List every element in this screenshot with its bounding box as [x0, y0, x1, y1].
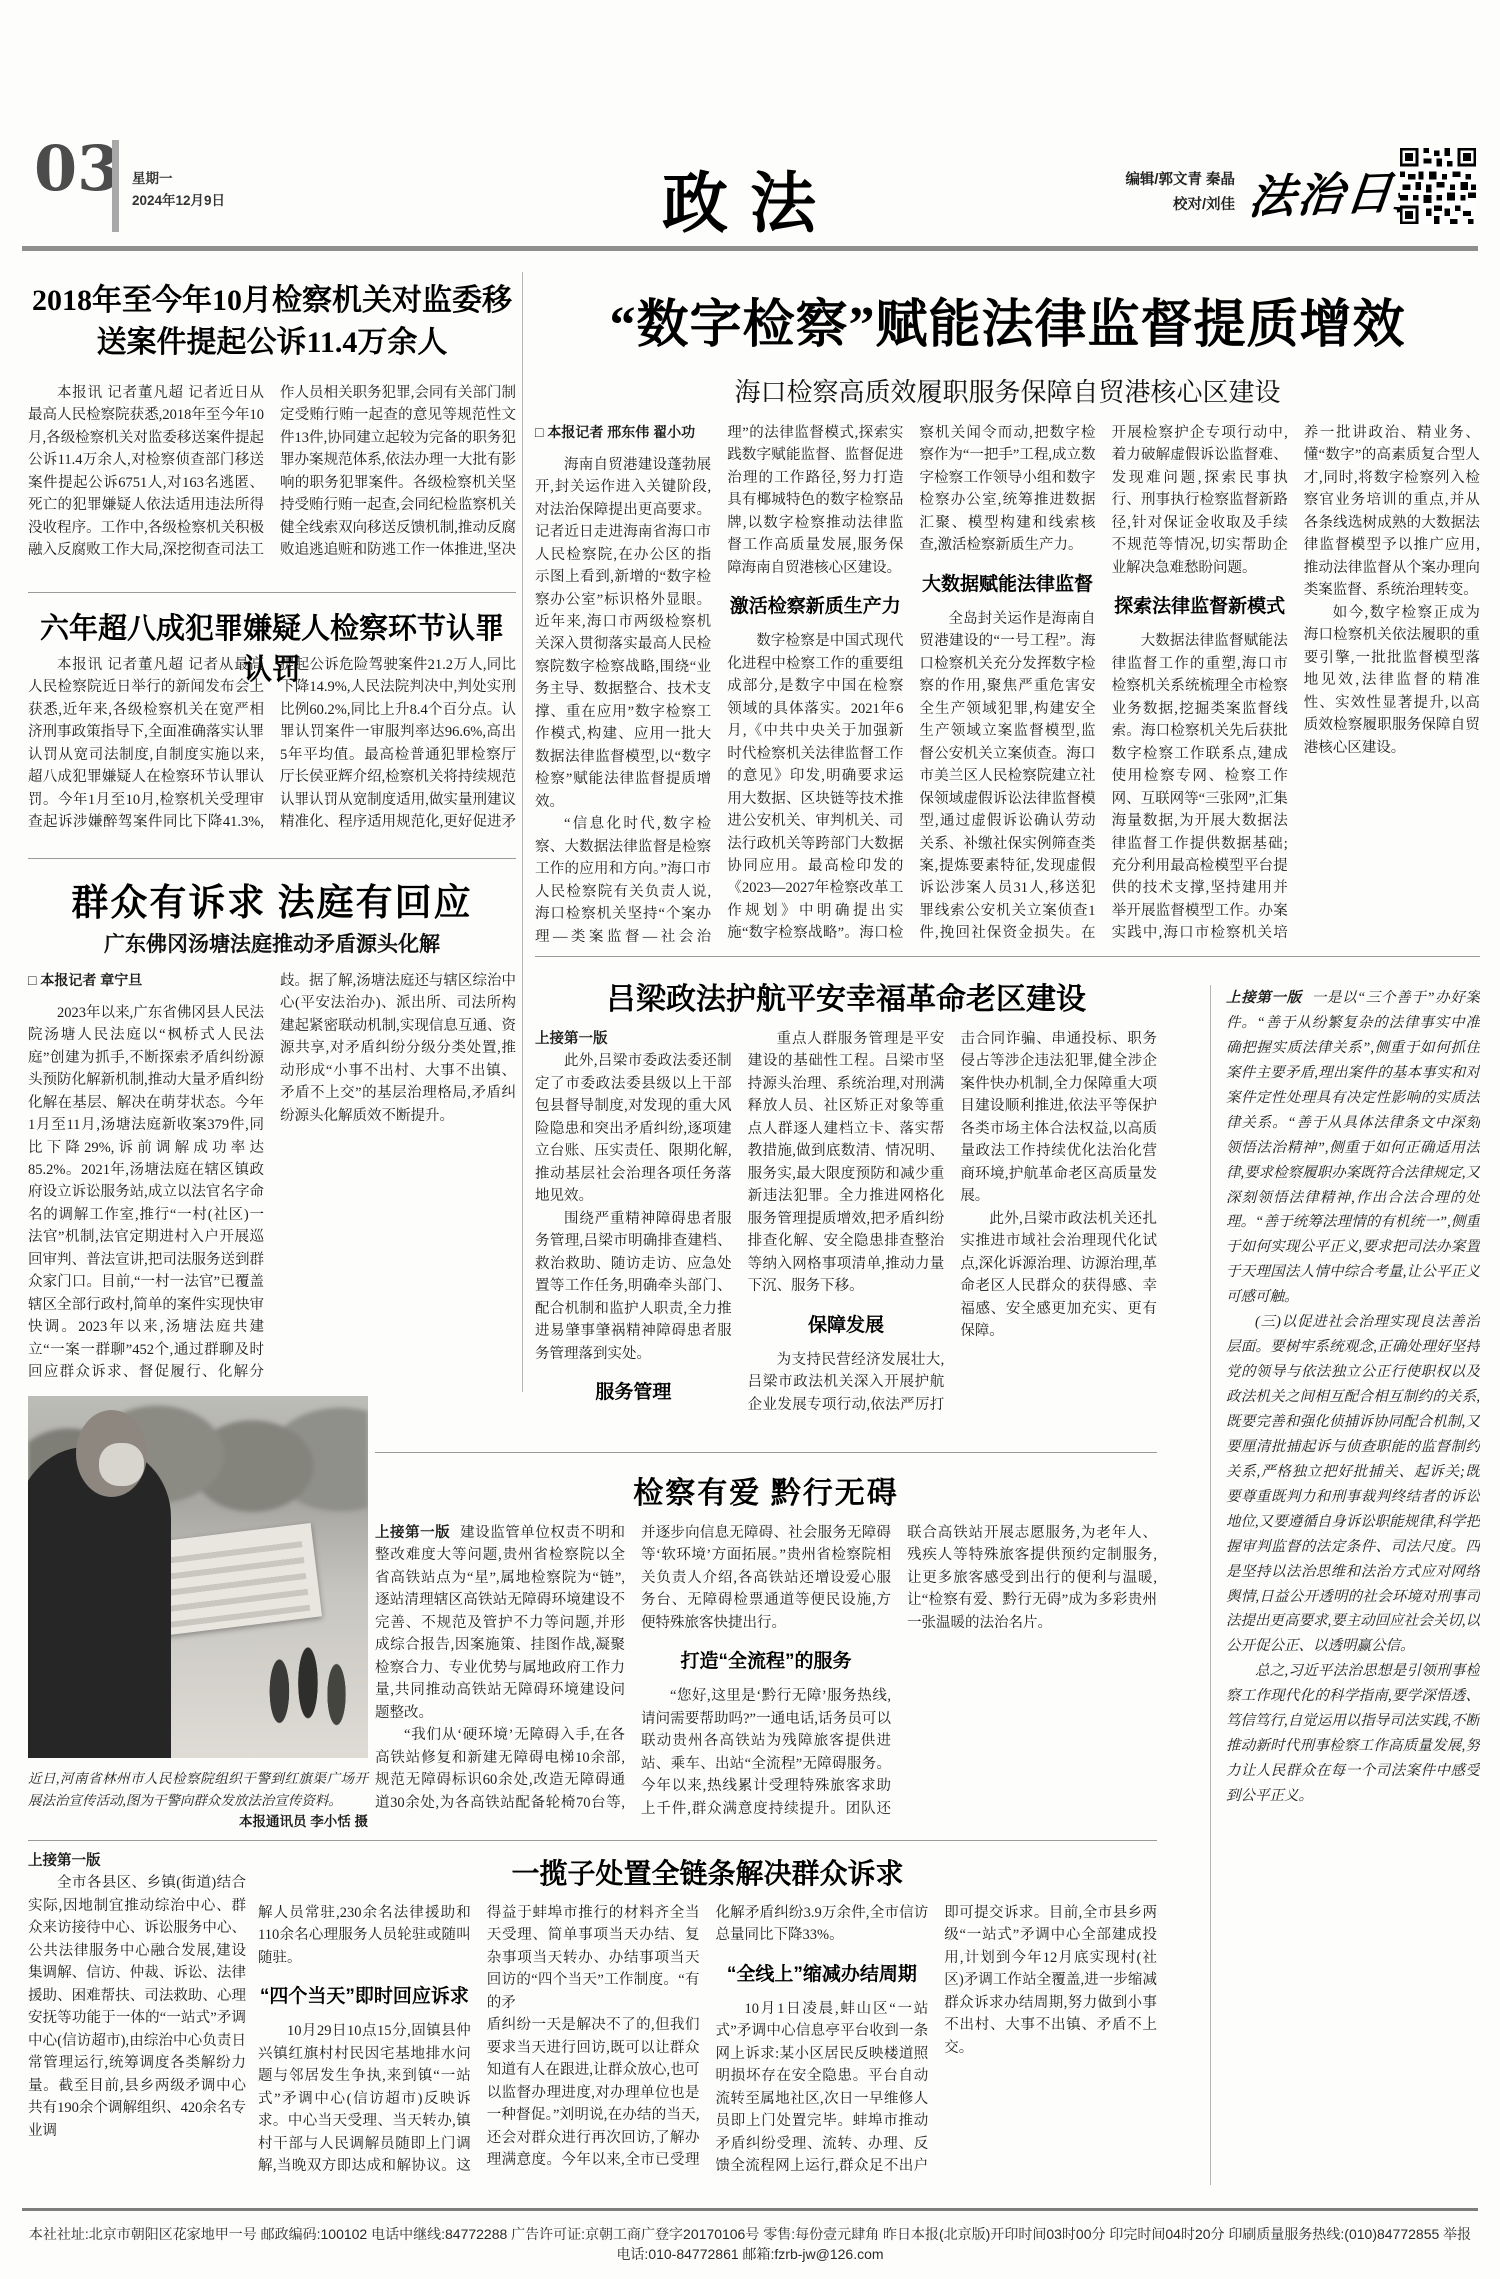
body-text: 此外,吕梁市政法机关还扎实推进市域社会治理现代化试点,深化诉源治理、访源治理,革…: [960, 1208, 1157, 1343]
newspaper-page: 03 星期一 2024年12月9日 政法 编辑/郭文青 秦晶 校对/刘佳 法治日…: [0, 0, 1500, 2279]
subhead-all-online: “全线上”缩减办结周期: [716, 1959, 929, 1986]
photo-caption: 近日,河南省林州市人民检察院组织干警到红旗渠广场开展法治宣传活动,图为干警向群众…: [28, 1768, 368, 1833]
continued-from-page1-marker: 上接第一版: [535, 1031, 608, 1047]
body-text: 如今,数字检察正成为海口检察机关依法履职的重要引擎,一批批监督模型落地见效,法律…: [1304, 602, 1480, 759]
article-onestop-body: 解人员常驻,230余名法律援助和110余名心理服务人员轮驻或随叫随驻。 “四个当…: [258, 1902, 1157, 2186]
photo-credit: 本报通讯员 李小恬 摄: [239, 1811, 368, 1833]
editor-info: 编辑/郭文青 秦晶 校对/刘佳: [1020, 168, 1235, 217]
page-number: 03: [34, 138, 120, 200]
article-digital-headline: “数字检察”赋能法律监督提质增效: [535, 282, 1480, 357]
article-lvliang-headline: 吕梁政法护航平安幸福革命老区建设: [535, 974, 1157, 1018]
photo-face-mask: [99, 1443, 143, 1486]
footer-imprint: 本社社址:北京市朝阳区花家地甲一号 邮政编码:100102 电话中继线:8477…: [22, 2224, 1478, 2264]
article-qianxing-body: 上接第一版建设监管单位权责不明和整改难度大等问题,贵州省检察院以全省高铁站点为“…: [375, 1522, 1157, 1832]
body-text: 围绕严重精神障碍患者服务管理,吕梁市明确排查建档、救治救助、随访走访、应急处置等…: [535, 1208, 732, 1365]
column-divider-left: [522, 272, 523, 1392]
column-divider-right: [1210, 985, 1211, 2185]
article-lvliang-body: 上接第一版 此外,吕梁市委政法委还制定了市委政法委县级以上干部包县督导制度,对发…: [535, 1028, 1157, 1438]
section-title: 政法: [560, 150, 940, 245]
proofreader-line: 校对/刘佳: [1020, 193, 1235, 218]
body-text: 建设监管单位权责不明和整改难度大等问题,贵州省检察院以全省高铁站点为“星”,属地…: [375, 1525, 625, 1721]
section-rule: [28, 592, 516, 593]
section-rule: [28, 1840, 1157, 1841]
article-continuation-column: 上接第一版一是以“三个善于”办好案件。“善于从纷繁复杂的法律事实中准确把握实质法…: [1226, 986, 1480, 2186]
article-court-byline: □ 本报记者 章宁旦: [28, 970, 264, 992]
article-court-subtitle: 广东佛冈汤塘法庭推动矛盾源头化解: [28, 928, 516, 958]
editor-line: 编辑/郭文青 秦晶: [1020, 168, 1235, 193]
article-court-headline: 群众有诉求 法庭有回应: [28, 872, 516, 926]
continued-lead: 上接第一版建设监管单位权责不明和整改难度大等问题,贵州省检察院以全省高铁站点为“…: [375, 1522, 625, 1724]
section-rule: [28, 858, 516, 859]
article-prosecution-body: 本报讯 记者董凡超 记者近日从最高人民检察院获悉,2018年至今年10月,各级检…: [28, 382, 516, 582]
body-text: 总之,习近平法治思想是引领刑事检察工作现代化的科学指南,要学深悟透、笃信笃行,自…: [1226, 1659, 1480, 1809]
photo-crowd: [259, 1591, 361, 1758]
subhead-safeguard-development: 保障发展: [748, 1310, 945, 1337]
subhead-bigdata-supervision: 大数据赋能法律监督: [919, 569, 1095, 596]
section-rule: [535, 956, 1480, 957]
body-text: 2023年以来,广东省佛冈县人民法院汤塘人民法庭以“枫桥式人民法庭”创建为抓手,…: [28, 970, 516, 1388]
body-text: 本报讯 记者董凡超 记者近日从最高人民检察院获悉,2018年至今年10月,各级检…: [28, 382, 516, 582]
subhead-service-management: 服务管理: [535, 1377, 732, 1404]
date-label: 2024年12月9日: [132, 190, 225, 212]
qr-code-icon: [1400, 148, 1476, 224]
continued-from-page1-marker: 上接第一版: [1226, 990, 1302, 1006]
article-onestop-left-column: 上接第一版 全市各县区、乡镇(街道)结合实际,因地制宜推动综治中心、群众来访接待…: [28, 1850, 246, 2186]
article-onestop-headline: 一揽子处置全链条解决群众诉求: [258, 1852, 1157, 1892]
section-rule: [375, 1452, 1157, 1453]
body-text: 海南自贸港建设蓬勃展开,封关运作进入关键阶段,对法治保障提出更高要求。记者近日走…: [535, 454, 711, 814]
article-qianxing-headline: 检察有爱 黔行无碍: [375, 1468, 1157, 1512]
article-prosecution-headline: 2018年至今年10月检察机关对监委移送案件提起公诉11.4万余人: [28, 280, 516, 364]
article-digital-subtitle: 海口检察高质效履职服务保障自贸港核心区建设: [535, 372, 1480, 409]
subhead-new-productivity: 激活检察新质生产力: [727, 591, 903, 618]
continued-lead: 上接第一版一是以“三个善于”办好案件。“善于从纷繁复杂的法律事实中准确把握实质法…: [1226, 986, 1480, 1310]
body-text: 重点人群服务管理是平安建设的基础性工程。吕梁市坚持源头治理、系统治理,对刑满释放…: [748, 1028, 945, 1298]
body-text: 此外,吕梁市委政法委还制定了市委政法委县级以上干部包县督导制度,对发现的重大风险…: [535, 1050, 732, 1207]
article-digital-body: □ 本报记者 邢东伟 翟小功 海南自贸港建设蓬勃展开,封关运作进入关键阶段,对法…: [535, 422, 1480, 948]
footer-rule: [22, 2208, 1478, 2211]
continued-lead: 上接第一版: [535, 1028, 732, 1050]
date-block: 星期一 2024年12月9日: [132, 168, 225, 211]
subhead-new-model: 探索法律监督新模式: [1112, 591, 1288, 618]
body-text: 一是以“三个善于”办好案件。“善于从纷繁复杂的法律事实中准确把握实质法律关系”,…: [1226, 990, 1480, 1305]
article-plea-body: 本报讯 记者董凡超 记者从最高人民检察院近日举行的新闻发布会上获悉,近年来,各级…: [28, 654, 516, 849]
article-court-body: □ 本报记者 章宁旦 2023年以来,广东省佛冈县人民法院汤塘人民法庭以“枫桥式…: [28, 970, 516, 1388]
caption-text: 近日,河南省林州市人民检察院组织干警到红旗渠广场开展法治宣传活动,图为干警向群众…: [28, 1771, 368, 1808]
body-text: (三)以促进社会治理实现良法善治层面。要树牢系统观念,正确处理好坚持党的领导与依…: [1226, 1310, 1480, 1659]
body-text: 本报讯 记者董凡超 记者从最高人民检察院近日举行的新闻发布会上获悉,近年来,各级…: [28, 654, 516, 849]
weekday-label: 星期一: [132, 168, 225, 190]
subhead-full-process-service: 打造“全流程”的服务: [641, 1646, 891, 1673]
qr-code-graphic: [1400, 148, 1476, 224]
subhead-four-same-day: “四个当天”即时回应诉求: [258, 1981, 471, 2008]
body-text: 全市各县区、乡镇(街道)结合实际,因地制宜推动综治中心、群众来访接待中心、诉讼服…: [28, 1872, 246, 2142]
header-divider-bar: [112, 140, 119, 232]
news-photo: [28, 1396, 368, 1758]
continued-from-page1-marker: 上接第一版: [375, 1525, 450, 1541]
header-rule: [22, 246, 1478, 251]
continued-from-page1-marker: 上接第一版: [28, 1850, 246, 1872]
article-digital-byline: □ 本报记者 邢东伟 翟小功: [535, 422, 711, 444]
body-text: 解人员常驻,230余名法律援助和110余名心理服务人员轮驻或随叫随驻。: [258, 1902, 471, 1969]
